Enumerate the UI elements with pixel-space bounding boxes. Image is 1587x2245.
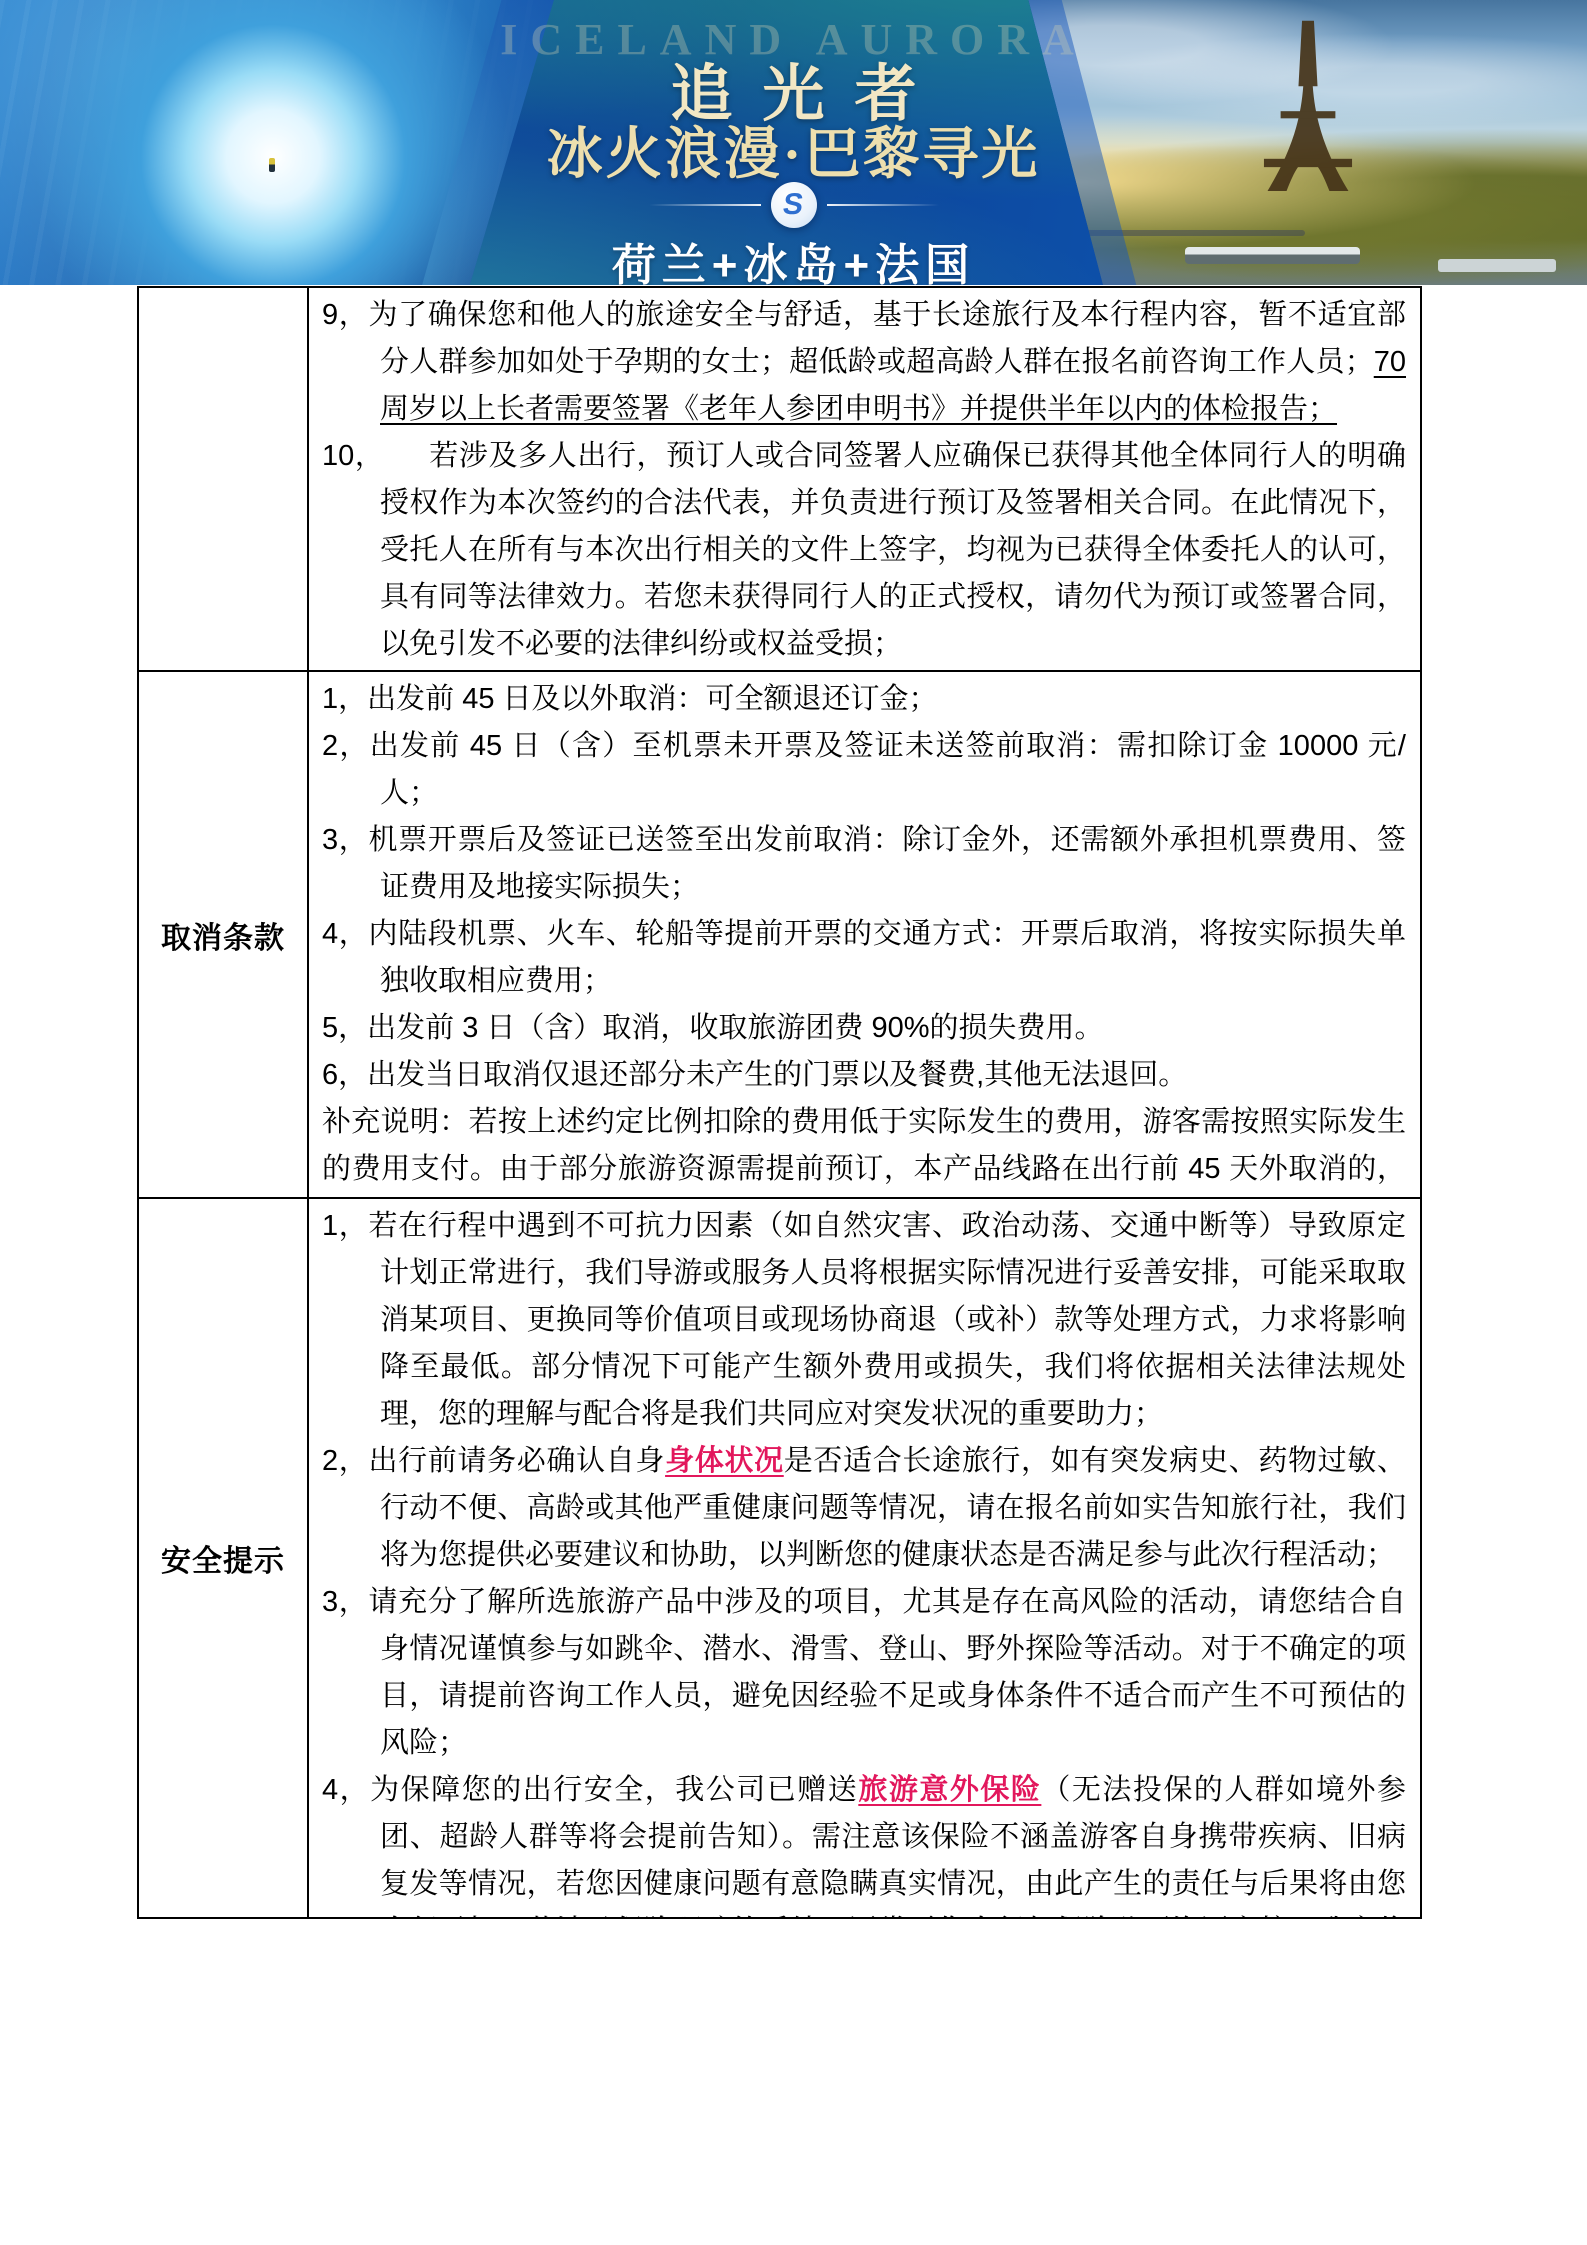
term-item: 3，请充分了解所选旅游产品中涉及的项目，尤其是存在高风险的活动，请您结合自身情况… [322,1579,1406,1767]
item-number: 2， [322,730,370,762]
text-run: 若在行程中遇到不可抗力因素（如自然灾害、政治动荡、交通中断等）导致原定计划正常进… [368,1210,1406,1430]
term-item: 2，出行前请务必确认自身身体状况是否适合长途旅行，如有突发病史、药物过敏、行动不… [322,1438,1406,1579]
logo-divider-line [649,204,761,206]
row-label [139,288,309,670]
banner-text-block: ICELAND AURORA 追光者 冰火浪漫·巴黎寻光 S 荷兰+冰岛+法国 [0,0,1587,285]
banner-route: 荷兰+冰岛+法国 [0,229,1587,285]
item-number: 10， [322,440,370,472]
text-run: 出发当日取消仅退还部分未产生的门票以及餐费,其他无法退回。 [367,1059,1187,1091]
text-run: 为了确保您和他人的旅途安全与舒适，基于长途旅行及本行程内容，暂不适宜部分人群参加… [368,299,1406,378]
document-page: ICELAND AURORA 追光者 冰火浪漫·巴黎寻光 S 荷兰+冰岛+法国 … [0,0,1587,2245]
term-item: 4，内陆段机票、火车、轮船等提前开票的交通方式：开票后取消，将按实际损失单独收取… [322,911,1406,1005]
term-item: 9，为了确保您和他人的旅途安全与舒适，基于长途旅行及本行程内容，暂不适宜部分人群… [322,292,1406,433]
text-run: 内陆段机票、火车、轮船等提前开票的交通方式：开票后取消，将按实际损失单独收取相应… [368,918,1406,997]
text-run: 出行前请务必确认自身 [368,1445,665,1477]
term-item: 2，出发前 45 日（含）至机票未开票及签证未送签前取消：需扣除订金 10000… [322,723,1406,817]
logo-row: S [649,182,939,228]
row-label: 安全提示 [139,1199,309,1917]
table-row: 取消条款1，出发前 45 日及以外取消：可全额退还订金；2，出发前 45 日（含… [139,670,1420,1197]
item-number: 2， [322,1445,368,1477]
row-content: 1，若在行程中遇到不可抗力因素（如自然灾害、政治动荡、交通中断等）导致原定计划正… [309,1199,1420,1917]
table-row: 9，为了确保您和他人的旅途安全与舒适，基于长途旅行及本行程内容，暂不适宜部分人群… [139,288,1420,670]
text-run: 若涉及多人出行，预订人或合同签署人应确保已获得其他全体同行人的明确授权作为本次签… [370,440,1406,660]
item-number: 3， [322,1586,368,1618]
terms-table: 9，为了确保您和他人的旅途安全与舒适，基于长途旅行及本行程内容，暂不适宜部分人群… [137,286,1422,1919]
text-run: 出发前 45 日及以外取消：可全额退还订金； [367,683,937,715]
brand-logo-icon: S [771,182,817,228]
item-number: 6， [322,1059,367,1091]
table-row: 安全提示1，若在行程中遇到不可抗力因素（如自然灾害、政治动荡、交通中断等）导致原… [139,1197,1420,1917]
brand-logo-letter: S [781,188,806,222]
row-content: 1，出发前 45 日及以外取消：可全额退还订金；2，出发前 45 日（含）至机票… [309,672,1420,1197]
item-number: 5， [322,1012,367,1044]
text-run: 出发前 3 日（含）取消，收取旅游团费 90%的损失费用。 [367,1012,1103,1044]
term-item: 10， 若涉及多人出行，预订人或合同签署人应确保已获得其他全体同行人的明确授权作… [322,433,1406,668]
text-run: 补充说明：若按上述约定比例扣除的费用低于实际发生的费用，游客需按照实际发生的费用… [322,1106,1406,1197]
row-label: 取消条款 [139,672,309,1197]
term-item: 5，出发前 3 日（含）取消，收取旅游团费 90%的损失费用。 [322,1005,1406,1052]
highlighted-term: 身体状况 [665,1445,784,1477]
item-number: 9， [322,299,368,331]
term-item: 3，机票开票后及签证已送签至出发前取消：除订金外，还需额外承担机票费用、签证费用… [322,817,1406,911]
item-number: 1， [322,1210,368,1242]
text-run: 为保障您的出行安全，我公司已赠送 [370,1774,858,1806]
text-run: 机票开票后及签证已送签至出发前取消：除订金外，还需额外承担机票费用、签证费用及地… [368,824,1406,903]
term-item: 6，出发当日取消仅退还部分未产生的门票以及餐费,其他无法退回。 [322,1052,1406,1099]
item-number: 3， [322,824,368,856]
term-note: 补充说明：若按上述约定比例扣除的费用低于实际发生的费用，游客需按照实际发生的费用… [322,1099,1406,1197]
item-number: 4， [322,1774,370,1806]
text-run: 出发前 45 日（含）至机票未开票及签证未送签前取消：需扣除订金 10000 元… [370,730,1406,809]
row-content: 9，为了确保您和他人的旅途安全与舒适，基于长途旅行及本行程内容，暂不适宜部分人群… [309,288,1420,670]
text-run: 请充分了解所选旅游产品中涉及的项目，尤其是存在高风险的活动，请您结合自身情况谨慎… [368,1586,1406,1759]
term-item: 4，为保障您的出行安全，我公司已赠送旅游意外保险（无法投保的人群如境外参团、超龄… [322,1767,1406,1917]
header-banner: ICELAND AURORA 追光者 冰火浪漫·巴黎寻光 S 荷兰+冰岛+法国 [0,0,1587,285]
logo-divider-line [827,204,939,206]
term-item: 1，若在行程中遇到不可抗力因素（如自然灾害、政治动荡、交通中断等）导致原定计划正… [322,1203,1406,1438]
term-item: 1，出发前 45 日及以外取消：可全额退还订金； [322,676,1406,723]
item-number: 4， [322,918,368,950]
highlighted-term: 旅游意外保险 [858,1774,1041,1806]
banner-subtitle: 冰火浪漫·巴黎寻光 [0,110,1587,190]
item-number: 1， [322,683,367,715]
